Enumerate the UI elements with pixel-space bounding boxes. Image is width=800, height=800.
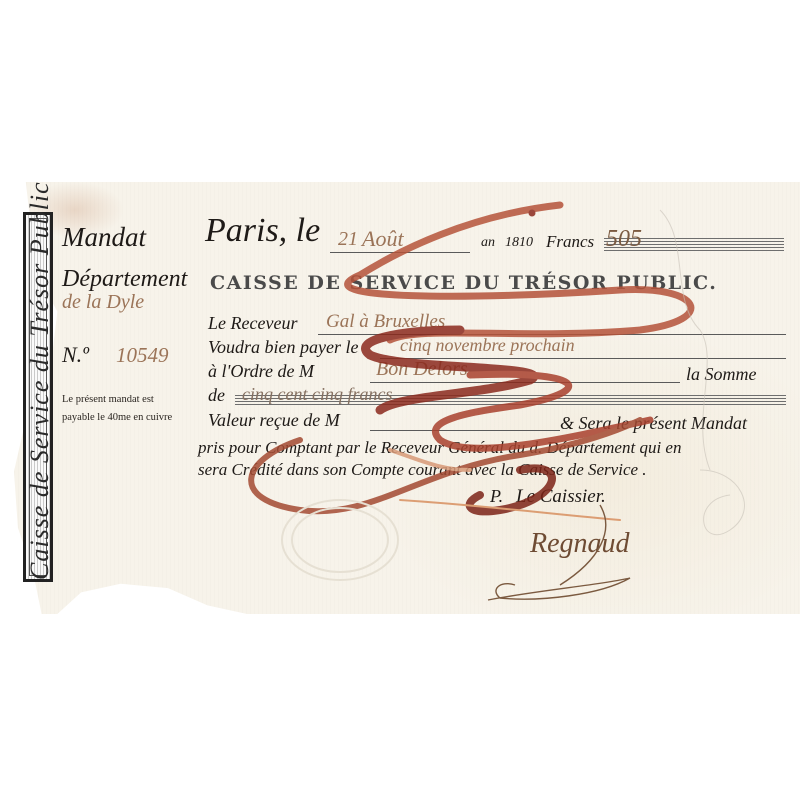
mandat-label: Mandat: [62, 222, 146, 253]
receiver-value: Gal à Bruxelles: [326, 311, 445, 333]
side-notice-line1: Le présent mandat est: [62, 394, 154, 405]
pay-value: cinq novembre prochain: [400, 335, 575, 356]
sum-prefix: de: [208, 385, 225, 406]
cashier-signature: Regnaud: [530, 528, 630, 560]
place-date-prefix: Paris, le: [205, 212, 320, 250]
francs-label: Francs: [546, 232, 594, 252]
number-label: N.º: [62, 342, 89, 368]
pay-label: Voudra bien payer le: [208, 337, 358, 358]
cashier-prefix: P.: [490, 486, 503, 507]
order-value: Bon Delors: [376, 358, 468, 381]
date-line: [330, 252, 470, 253]
department-label: Département: [62, 266, 187, 293]
header-title: CAISSE DE SERVICE DU TRÉSOR PUBLIC.: [210, 272, 717, 294]
year-prefix: an: [481, 235, 495, 251]
date-month: Août: [362, 226, 404, 252]
year: 1810: [505, 235, 533, 251]
clause-2: pris pour Comptant par le Receveur Génér…: [198, 438, 681, 458]
clause-3: sera Crédité dans son Compte courant ave…: [198, 460, 647, 480]
value-received-line: [370, 430, 560, 431]
amount-value: 505: [606, 226, 642, 253]
date-day: 21: [338, 228, 358, 251]
receiver-label: Le Receveur: [208, 313, 297, 334]
clause-1: & Sera le présent Mandat: [560, 413, 747, 434]
value-received-label: Valeur reçue de M: [208, 410, 340, 431]
side-strip-text: Caisse de Service du Trésor Public: [25, 210, 55, 580]
department-value: de la Dyle: [62, 291, 144, 314]
order-label: à l'Ordre de M: [208, 361, 314, 382]
sum-label: la Somme: [686, 364, 757, 385]
side-notice-line2: payable le 40me en cuivre: [62, 412, 172, 423]
sum-value: cinq cent cinq francs: [242, 384, 392, 405]
number-value: 10549: [116, 343, 169, 368]
cashier-label: Le Caissier.: [516, 486, 606, 508]
order-line: [370, 382, 680, 383]
